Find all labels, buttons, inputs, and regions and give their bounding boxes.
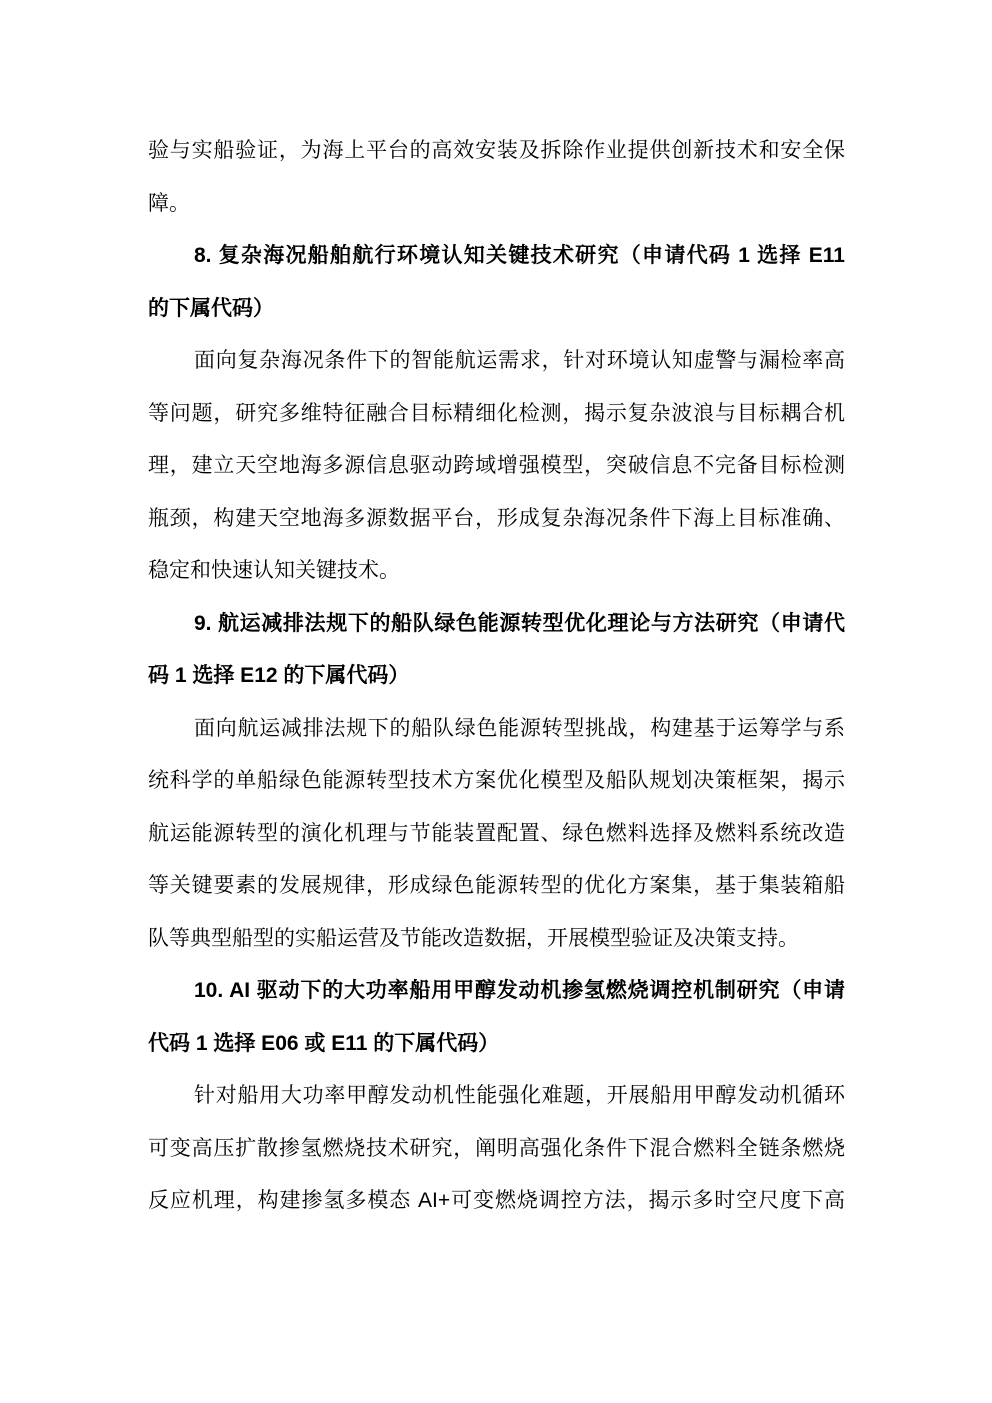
text-line: 面向航运减排法规下的船队绿色能源转型挑战，构建基于运筹学与系 bbox=[148, 703, 845, 756]
paragraph: 针对船用大功率甲醇发动机性能强化难题，开展船用甲醇发动机循环 可变高压扩散掺氢燃… bbox=[148, 1070, 845, 1228]
paragraph: 面向航运减排法规下的船队绿色能源转型挑战，构建基于运筹学与系 统科学的单船绿色能… bbox=[148, 703, 845, 966]
text-line: 可变高压扩散掺氢燃烧技术研究，阐明高强化条件下混合燃料全链条燃烧 bbox=[148, 1123, 845, 1176]
text-line: 统科学的单船绿色能源转型技术方案优化模型及船队规划决策框架，揭示 bbox=[148, 755, 845, 808]
heading-line: 9. 航运减排法规下的船队绿色能源转型优化理论与方法研究（申请代 bbox=[148, 598, 845, 651]
text-line: 障。 bbox=[148, 178, 845, 231]
text-line: 队等典型船型的实船运营及节能改造数据，开展模型验证及决策支持。 bbox=[148, 913, 845, 966]
text-line: 面向复杂海况条件下的智能航运需求，针对环境认知虚警与漏检率高 bbox=[148, 335, 845, 388]
text-line: 反应机理，构建掺氢多模态 AI+可变燃烧调控方法，揭示多时空尺度下高 bbox=[148, 1175, 845, 1228]
text-line: 瓶颈，构建天空地海多源数据平台，形成复杂海况条件下海上目标准确、 bbox=[148, 493, 845, 546]
text-line: 理，建立天空地海多源信息驱动跨域增强模型，突破信息不完备目标检测 bbox=[148, 440, 845, 493]
text-line: 针对船用大功率甲醇发动机性能强化难题，开展船用甲醇发动机循环 bbox=[148, 1070, 845, 1123]
paragraph: 验与实船验证，为海上平台的高效安装及拆除作业提供创新技术和安全保 障。 bbox=[148, 125, 845, 230]
text-line: 等关键要素的发展规律，形成绿色能源转型的优化方案集，基于集装箱船 bbox=[148, 860, 845, 913]
section-heading-8: 8. 复杂海况船舶航行环境认知关键技术研究（申请代码 1 选择 E11 的下属代… bbox=[148, 230, 845, 335]
text-block: 验与实船验证，为海上平台的高效安装及拆除作业提供创新技术和安全保 障。 8. 复… bbox=[148, 125, 845, 1228]
section-heading-10: 10. AI 驱动下的大功率船用甲醇发动机掺氢燃烧调控机制研究（申请 代码 1 … bbox=[148, 965, 845, 1070]
heading-line: 代码 1 选择 E06 或 E11 的下属代码） bbox=[148, 1018, 845, 1071]
text-line: 等问题，研究多维特征融合目标精细化检测，揭示复杂波浪与目标耦合机 bbox=[148, 388, 845, 441]
heading-line: 码 1 选择 E12 的下属代码） bbox=[148, 650, 845, 703]
text-line: 航运能源转型的演化机理与节能装置配置、绿色燃料选择及燃料系统改造 bbox=[148, 808, 845, 861]
heading-line: 8. 复杂海况船舶航行环境认知关键技术研究（申请代码 1 选择 E11 bbox=[148, 230, 845, 283]
document-page: 验与实船验证，为海上平台的高效安装及拆除作业提供创新技术和安全保 障。 8. 复… bbox=[0, 0, 992, 1403]
text-line: 验与实船验证，为海上平台的高效安装及拆除作业提供创新技术和安全保 bbox=[148, 125, 845, 178]
text-line: 稳定和快速认知关键技术。 bbox=[148, 545, 845, 598]
section-heading-9: 9. 航运减排法规下的船队绿色能源转型优化理论与方法研究（申请代 码 1 选择 … bbox=[148, 598, 845, 703]
heading-line: 的下属代码） bbox=[148, 283, 845, 336]
paragraph: 面向复杂海况条件下的智能航运需求，针对环境认知虚警与漏检率高 等问题，研究多维特… bbox=[148, 335, 845, 598]
heading-line: 10. AI 驱动下的大功率船用甲醇发动机掺氢燃烧调控机制研究（申请 bbox=[148, 965, 845, 1018]
